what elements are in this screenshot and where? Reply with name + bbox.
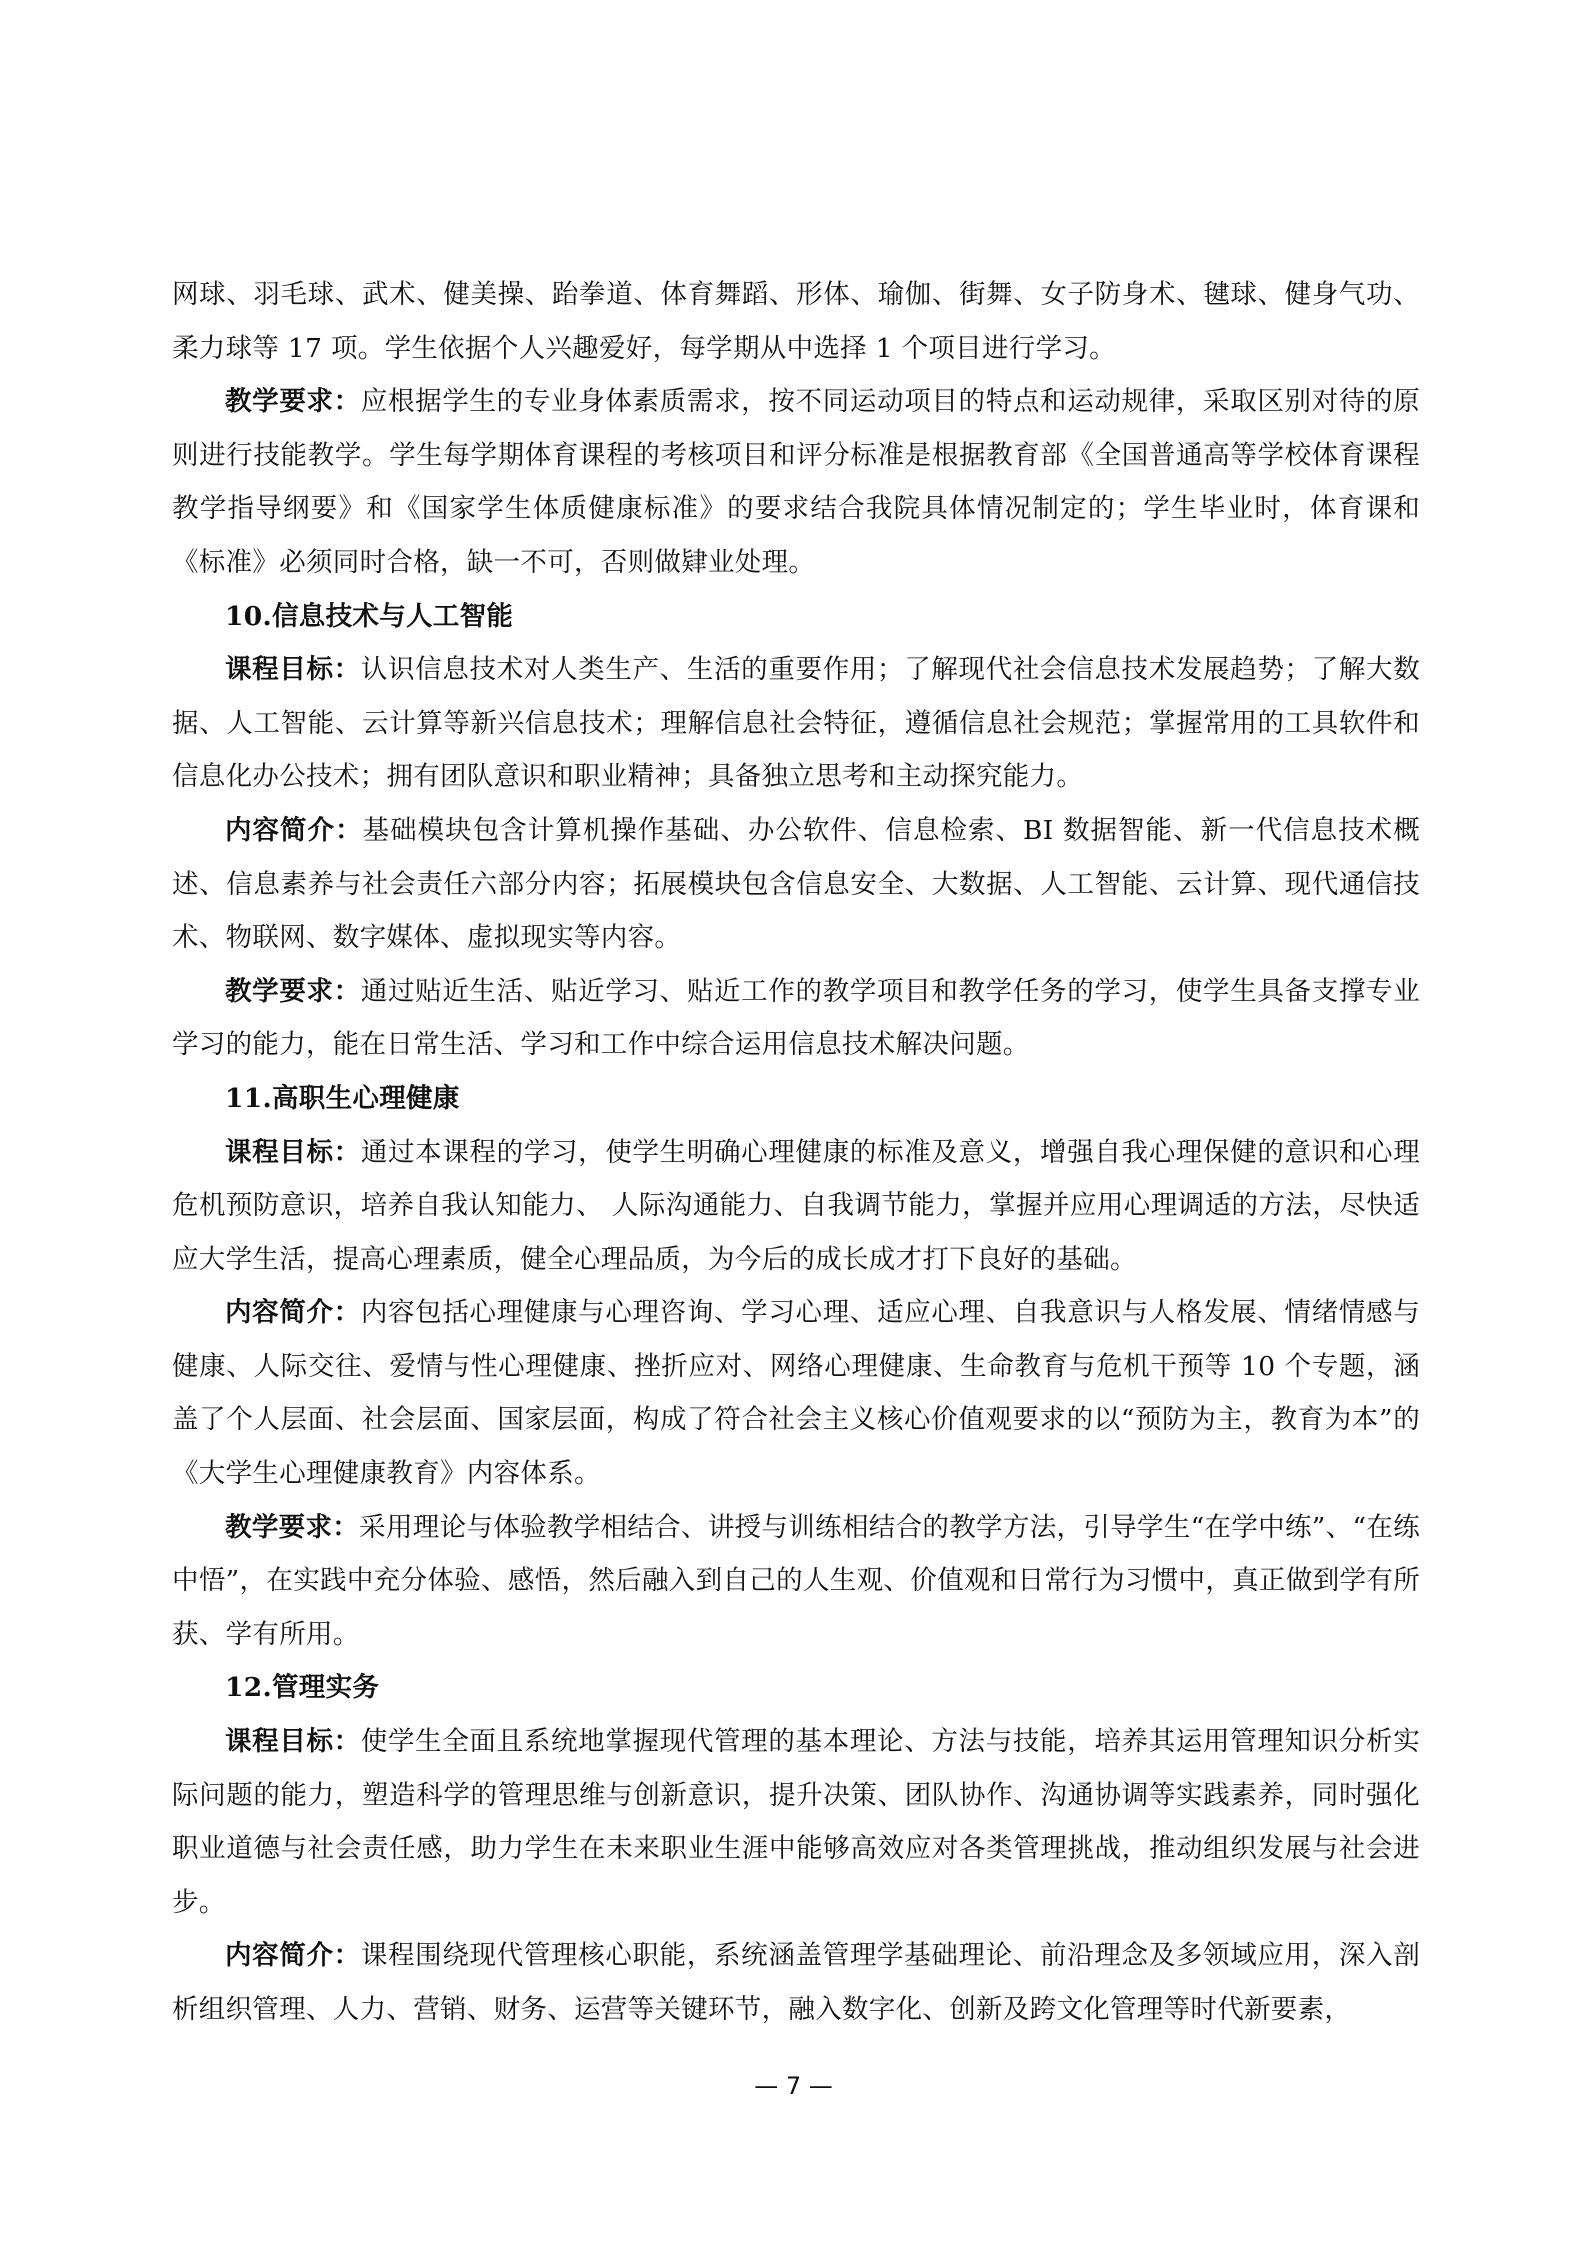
course-12-title: 12.管理实务: [172, 1661, 1420, 1715]
pe-intro-tail: 网球、羽毛球、武术、健美操、跆拳道、体育舞蹈、形体、瑜伽、街舞、女子防身术、毽球…: [172, 268, 1420, 375]
content-label: 内容简介：: [225, 1940, 361, 1971]
course-12-content: 内容简介：课程围绕现代管理核心职能，系统涵盖管理学基础理论、前沿理念及多领域应用…: [172, 1929, 1420, 2036]
teaching-label: 教学要求：: [225, 976, 361, 1007]
content-label: 内容简介：: [225, 1297, 361, 1328]
goal-label: 课程目标：: [225, 654, 361, 685]
page-number: — 7 —: [0, 2072, 1587, 2100]
document-page: 网球、羽毛球、武术、健美操、跆拳道、体育舞蹈、形体、瑜伽、街舞、女子防身术、毽球…: [172, 268, 1420, 2037]
teaching-label: 教学要求：: [225, 386, 361, 417]
pe-teaching-requirements: 教学要求：应根据学生的专业身体素质需求，按不同运动项目的特点和运动规律，采取区别…: [172, 375, 1420, 589]
course-10-goal: 课程目标：认识信息技术对人类生产、生活的重要作用；了解现代社会信息技术发展趋势；…: [172, 643, 1420, 804]
course-11-teaching: 教学要求：采用理论与体验教学相结合、讲授与训练相结合的教学方法，引导学生“在学中…: [172, 1501, 1420, 1662]
goal-label: 课程目标：: [225, 1726, 361, 1757]
course-10-title: 10.信息技术与人工智能: [172, 590, 1420, 644]
goal-label: 课程目标：: [225, 1137, 361, 1168]
content-label: 内容简介：: [225, 815, 363, 846]
teaching-label: 教学要求：: [225, 1512, 359, 1543]
course-10-content: 内容简介：基础模块包含计算机操作基础、办公软件、信息检索、BI 数据智能、新一代…: [172, 804, 1420, 965]
paragraph-text: 网球、羽毛球、武术、健美操、跆拳道、体育舞蹈、形体、瑜伽、街舞、女子防身术、毽球…: [172, 279, 1420, 364]
course-10-teaching: 教学要求：通过贴近生活、贴近学习、贴近工作的教学项目和教学任务的学习，使学生具备…: [172, 965, 1420, 1072]
course-11-content: 内容简介：内容包括心理健康与心理咨询、学习心理、适应心理、自我意识与人格发展、情…: [172, 1286, 1420, 1500]
course-11-goal: 课程目标：通过本课程的学习，使学生明确心理健康的标准及意义，增强自我心理保健的意…: [172, 1126, 1420, 1287]
teaching-text: 采用理论与体验教学相结合、讲授与训练相结合的教学方法，引导学生“在学中练”、“在…: [172, 1512, 1420, 1650]
course-12-goal: 课程目标：使学生全面且系统地掌握现代管理的基本理论、方法与技能，培养其运用管理知…: [172, 1715, 1420, 1929]
course-11-title: 11.高职生心理健康: [172, 1072, 1420, 1126]
